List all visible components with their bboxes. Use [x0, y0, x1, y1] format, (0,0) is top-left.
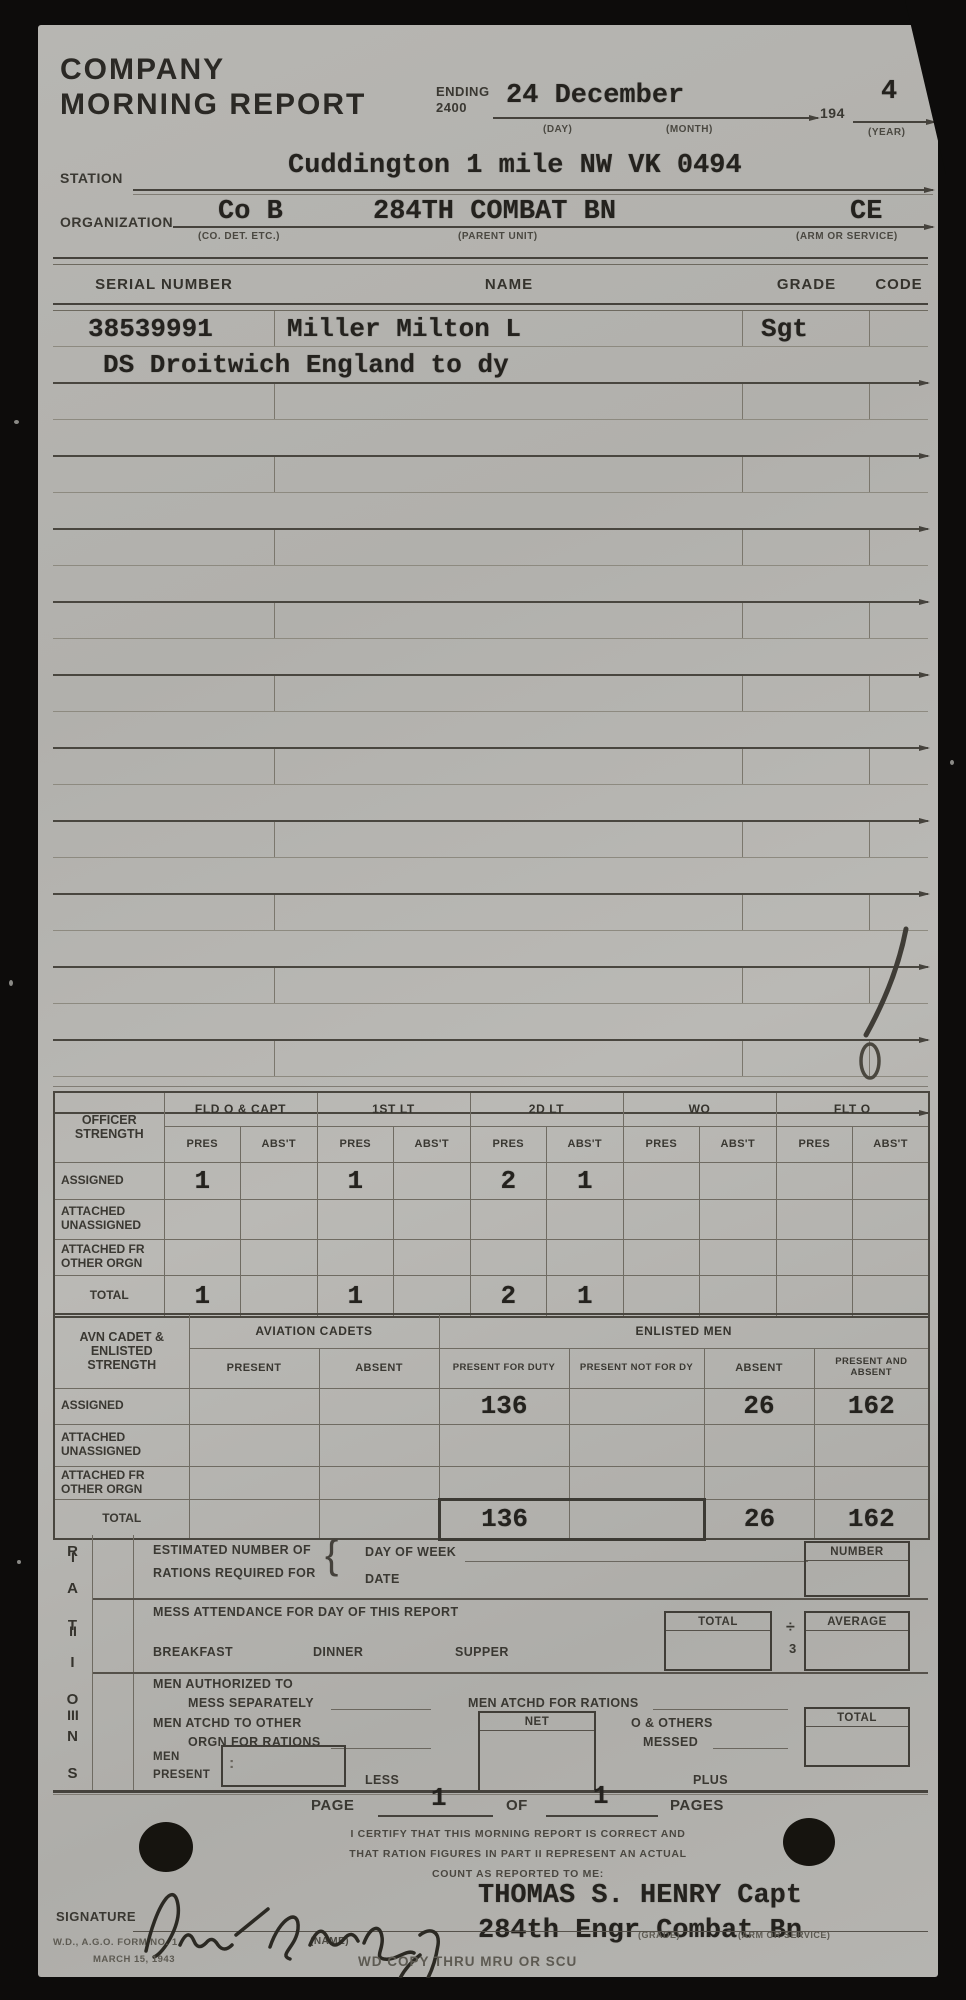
cell: [319, 1466, 439, 1499]
cell: 2: [470, 1162, 547, 1199]
cell: [317, 1199, 394, 1239]
officer-group: 2D LT: [470, 1092, 623, 1126]
breakfast-label: BREAKFAST: [153, 1645, 233, 1659]
cell: [704, 1424, 814, 1466]
total-box-label: TOTAL: [666, 1613, 770, 1631]
o-and-others-label: O & OTHERS: [631, 1716, 713, 1730]
cell: [547, 1239, 624, 1275]
station-value: Cuddington 1 mile NW VK 0494: [288, 151, 742, 181]
numeral-i: I: [53, 1549, 93, 1565]
org-arm-sublabel: (ARM OR SERVICE): [796, 231, 898, 242]
form-date: MARCH 15, 1943: [93, 1954, 175, 1965]
entry-grade: Sgt: [743, 314, 808, 344]
year-value: 4: [881, 77, 897, 107]
cell: 1: [164, 1162, 241, 1199]
organization-rule: [173, 226, 933, 228]
col-header: PRESENT: [189, 1348, 319, 1388]
cell: [623, 1275, 700, 1317]
abst-header: ABS'T: [394, 1126, 471, 1162]
org-parent-sublabel: (PARENT UNIT): [458, 231, 538, 242]
cell: [700, 1239, 777, 1275]
day-of-week-label: DAY OF WEEK: [365, 1545, 456, 1559]
total-box-2-label: TOTAL: [806, 1709, 908, 1727]
cell: [470, 1199, 547, 1239]
film-speck: [14, 420, 19, 424]
rations-bottom-echo: [53, 1794, 928, 1795]
of-label: OF: [506, 1797, 528, 1814]
cell: [569, 1466, 704, 1499]
roster-header-rule: [53, 303, 928, 311]
station-rule-echo: [133, 194, 933, 195]
less-label: LESS: [365, 1773, 399, 1787]
aviation-cadets-group: AVIATION CADETS: [189, 1314, 439, 1348]
entry-serial: 38539991: [53, 314, 213, 344]
film-speck: [950, 760, 954, 765]
cell: 26: [704, 1388, 814, 1424]
pres-header: PRES: [317, 1126, 394, 1162]
cell: 162: [814, 1499, 929, 1539]
cell: [776, 1239, 853, 1275]
cell: 1: [317, 1162, 394, 1199]
men-present-box: :: [221, 1745, 346, 1787]
roster-blank-entry: [53, 530, 928, 603]
roster-blank-entry: [53, 749, 928, 822]
cell: 1: [547, 1162, 624, 1199]
officer-group: FLT O: [776, 1092, 929, 1126]
orgn-for-rations-line: [331, 1748, 431, 1749]
enlisted-strength-title: AVN CADET & ENLISTED STRENGTH: [54, 1314, 189, 1388]
cell: [569, 1424, 704, 1466]
cell: [439, 1466, 569, 1499]
cell: 1: [317, 1275, 394, 1317]
total-box-2: TOTAL: [804, 1707, 910, 1767]
roster-blank-entry: [53, 822, 928, 895]
film-speck: [17, 1560, 21, 1564]
cell: [776, 1162, 853, 1199]
cell: [814, 1424, 929, 1466]
cell: [623, 1162, 700, 1199]
dinner-label: DINNER: [313, 1645, 363, 1659]
cell: 26: [704, 1499, 814, 1539]
row-label: ATTACHED FR OTHER ORGN: [54, 1466, 189, 1499]
average-box-label: AVERAGE: [806, 1613, 908, 1631]
net-box-label: NET: [480, 1713, 594, 1731]
number-box-label: NUMBER: [806, 1543, 908, 1561]
cell: [700, 1199, 777, 1239]
roster-blank-entry: [53, 603, 928, 676]
ending-time: 2400: [436, 100, 467, 115]
film-speck: [9, 980, 13, 986]
cell: 162: [814, 1388, 929, 1424]
scanned-morning-report: COMPANY MORNING REPORT ENDING 2400 24 De…: [0, 0, 966, 2000]
officer-strength-title: OFFICER STRENGTH: [54, 1092, 164, 1162]
cell: [189, 1424, 319, 1466]
roster-blank-entry: [53, 384, 928, 457]
cell: [189, 1388, 319, 1424]
page-number: 1: [431, 1783, 447, 1813]
cell: [189, 1466, 319, 1499]
cell: [319, 1424, 439, 1466]
cell: [241, 1162, 318, 1199]
section-divider: [93, 1672, 928, 1674]
enlisted-strength-table: AVN CADET & ENLISTED STRENGTH AVIATION C…: [53, 1313, 930, 1541]
form-title-line1: COMPANY: [60, 53, 225, 87]
mess-separately-line: [331, 1709, 431, 1710]
men-present-mark: :: [229, 1755, 234, 1773]
men-atchd-rations-line: [653, 1709, 788, 1710]
org-parent: 284TH COMBAT BN: [373, 197, 616, 227]
form-paper: COMPANY MORNING REPORT ENDING 2400 24 De…: [38, 25, 938, 1977]
roster-top-rule: [53, 257, 928, 265]
average-box: AVERAGE: [804, 1611, 910, 1671]
org-company-sublabel: (CO. DET. ETC.): [198, 231, 280, 242]
col-header: ABSENT: [704, 1348, 814, 1388]
supper-label: SUPPER: [455, 1645, 509, 1659]
mess-separately-label: MESS SEPARATELY: [188, 1696, 314, 1710]
row-label: ASSIGNED: [54, 1388, 189, 1424]
roster-blank-entry: [53, 676, 928, 749]
cell: [776, 1199, 853, 1239]
col-header: PRESENT NOT FOR DY: [569, 1348, 704, 1388]
net-box: NET: [478, 1711, 596, 1790]
roster-col-name: NAME: [275, 276, 743, 293]
cell: [853, 1239, 930, 1275]
roster-blank-entry: [53, 895, 928, 968]
rations-numeral-column: [93, 1535, 134, 1790]
numeral-ii: II: [53, 1623, 93, 1639]
cell: [317, 1239, 394, 1275]
cell: [700, 1275, 777, 1317]
ending-label: ENDING: [436, 84, 490, 99]
stray-pen-marks: [828, 915, 938, 1100]
cell: [704, 1466, 814, 1499]
cell: [241, 1275, 318, 1317]
pages-number: 1: [593, 1781, 609, 1811]
year-sublabel: (YEAR): [868, 127, 905, 138]
men-atchd-rations-label: MEN ATCHD FOR RATIONS: [468, 1696, 639, 1710]
page-number-line: [378, 1815, 493, 1817]
certify-line2: THAT RATION FIGURES IN PART II REPRESENT…: [238, 1848, 798, 1860]
organization-label: ORGANIZATION: [60, 214, 173, 230]
abst-header: ABS'T: [241, 1126, 318, 1162]
col-header: PRESENT FOR DUTY: [439, 1348, 569, 1388]
cell: 136: [439, 1388, 569, 1424]
roster-col-serial: SERIAL NUMBER: [53, 276, 275, 293]
cell-hand-boxed: [569, 1499, 704, 1539]
form-number: W.D., A.G.O. FORM NO. 1: [53, 1937, 178, 1948]
rations-side-label: R A T I O N S: [53, 1535, 93, 1790]
brace-glyph: {: [325, 1533, 339, 1578]
roster-col-grade: GRADE: [743, 276, 870, 293]
date-value: 24 December: [506, 81, 684, 111]
total-box: TOTAL: [664, 1611, 772, 1671]
cell: [623, 1239, 700, 1275]
cell: [394, 1162, 471, 1199]
rations-section: R A T I O N S I II III ESTIMATED NUMBER …: [53, 1535, 928, 1793]
entry-name: Miller Milton L: [275, 314, 521, 344]
roster-header-row: SERIAL NUMBER NAME GRADE CODE: [53, 265, 928, 303]
cell: 1: [547, 1275, 624, 1317]
present-label: PRESENT: [153, 1769, 210, 1781]
cell-hand-boxed: 136: [439, 1499, 569, 1539]
row-label: ATTACHED FR OTHER ORGN: [54, 1239, 164, 1275]
org-company: Co B: [218, 197, 283, 227]
cell: [853, 1162, 930, 1199]
row-label: ASSIGNED: [54, 1162, 164, 1199]
pages-label: PAGES: [670, 1797, 724, 1814]
divide-sign: ÷: [786, 1619, 795, 1637]
cell: [776, 1275, 853, 1317]
messed-label: MESSED: [643, 1735, 698, 1749]
section-divider: [93, 1598, 928, 1600]
org-arm: CE: [850, 197, 882, 227]
date-label: DATE: [365, 1572, 400, 1586]
col-header: ABSENT: [319, 1348, 439, 1388]
rations-estimated-line1: ESTIMATED NUMBER OF: [153, 1543, 311, 1557]
cell: [623, 1199, 700, 1239]
signed-name-typed: THOMAS S. HENRY Capt: [478, 1881, 802, 1911]
officer-strength-table: OFFICER STRENGTH FLD O & CAPT 1ST LT 2D …: [53, 1091, 930, 1318]
cell: 2: [470, 1275, 547, 1317]
pres-header: PRES: [623, 1126, 700, 1162]
row-label: TOTAL: [54, 1275, 164, 1317]
page-label: PAGE: [311, 1797, 354, 1814]
pres-header: PRES: [164, 1126, 241, 1162]
entry-note: DS Droitwich England to dy: [53, 350, 509, 380]
station-label: STATION: [60, 170, 123, 186]
messed-line: [713, 1748, 788, 1749]
year-rule: [853, 121, 935, 123]
men-authorized-label: MEN AUTHORIZED TO: [153, 1677, 293, 1691]
officer-group: WO: [623, 1092, 776, 1126]
officer-group: FLD O & CAPT: [164, 1092, 317, 1126]
roster-blank-entry: [53, 457, 928, 530]
day-of-week-line: [465, 1561, 808, 1562]
cell: [814, 1466, 929, 1499]
cell: [394, 1239, 471, 1275]
men-label: MEN: [153, 1751, 180, 1763]
numeral-iii: III: [53, 1707, 93, 1723]
cell: [700, 1162, 777, 1199]
pres-header: PRES: [776, 1126, 853, 1162]
abst-header: ABS'T: [547, 1126, 624, 1162]
abst-header: ABS'T: [853, 1126, 930, 1162]
number-box: NUMBER: [804, 1541, 910, 1597]
cell: [394, 1199, 471, 1239]
cell: [853, 1199, 930, 1239]
col-header: PRESENT AND ABSENT: [814, 1348, 929, 1388]
cell: [164, 1239, 241, 1275]
copy-note: WD COPY THRU MRU OR SCU: [358, 1954, 577, 1969]
cell: [470, 1239, 547, 1275]
cell: [439, 1424, 569, 1466]
roster-entry: 38539991 Miller Milton L Sgt DS Droitwic…: [53, 311, 928, 384]
officer-table-top-echo: [53, 1086, 928, 1087]
divisor-three: 3: [789, 1641, 797, 1656]
row-label: TOTAL: [54, 1499, 189, 1539]
cell: [164, 1199, 241, 1239]
month-sublabel: (MONTH): [666, 124, 713, 135]
roster-blank-entry: [53, 968, 928, 1041]
men-atchd-other-label: MEN ATCHD TO OTHER: [153, 1716, 302, 1730]
day-sublabel: (DAY): [543, 124, 572, 135]
cell: [189, 1499, 319, 1539]
cell: [241, 1239, 318, 1275]
cell: [547, 1199, 624, 1239]
station-rule: [133, 189, 933, 191]
certify-line1: I CERTIFY THAT THIS MORNING REPORT IS CO…: [238, 1828, 798, 1840]
date-rule: [493, 117, 818, 119]
abst-header: ABS'T: [700, 1126, 777, 1162]
cell: 1: [164, 1275, 241, 1317]
enlisted-men-group: ENLISTED MEN: [439, 1314, 929, 1348]
roster-table: SERIAL NUMBER NAME GRADE CODE 38539991 M…: [53, 257, 928, 1114]
mess-attendance-heading: MESS ATTENDANCE FOR DAY OF THIS REPORT: [153, 1605, 459, 1619]
cell: [319, 1388, 439, 1424]
pages-number-line: [546, 1815, 658, 1817]
cell: [394, 1275, 471, 1317]
row-label: ATTACHED UNASSIGNED: [54, 1424, 189, 1466]
rations-estimated-line2: RATIONS REQUIRED FOR: [153, 1566, 316, 1580]
cell: [853, 1275, 930, 1317]
row-label: ATTACHED UNASSIGNED: [54, 1199, 164, 1239]
form-title-line2: MORNING REPORT: [60, 88, 366, 122]
officer-group: 1ST LT: [317, 1092, 470, 1126]
pres-header: PRES: [470, 1126, 547, 1162]
year-prefix: 194: [820, 105, 845, 121]
roster-col-code: CODE: [870, 276, 928, 293]
cell: [569, 1388, 704, 1424]
cell: [241, 1199, 318, 1239]
plus-label: PLUS: [693, 1773, 728, 1787]
